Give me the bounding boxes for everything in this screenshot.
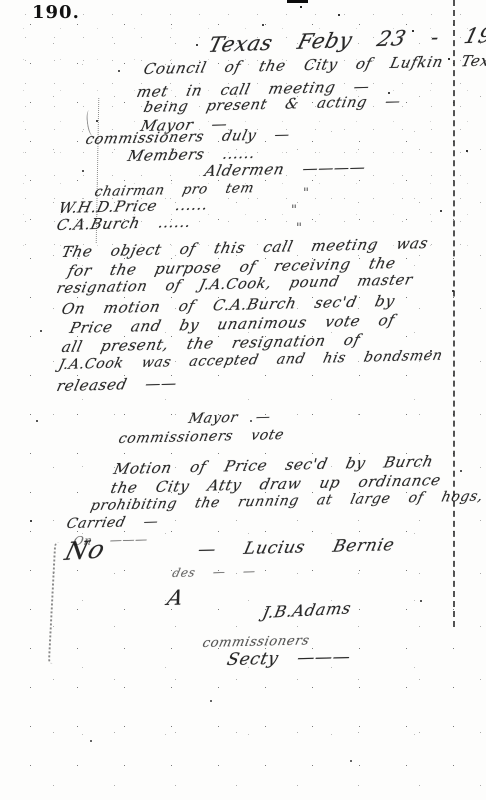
council-line: Council of the City of Lufkin Texas	[142, 51, 486, 78]
secty-line: Secty ———	[225, 647, 353, 670]
aldermen-label: Aldermen ————	[203, 158, 368, 180]
ditto-mark: "	[291, 203, 297, 218]
commissioners-vote-line: commissioners vote	[117, 427, 286, 447]
mayor-label-2: Mayor —	[187, 409, 272, 427]
scan-artifact-top-mark	[287, 0, 308, 3]
name-flourish-line: — Lucius Bernie	[196, 535, 396, 560]
scan-speckles	[0, 0, 2, 2]
flourish-a: A	[165, 586, 186, 610]
ditto-mark: "	[296, 221, 302, 236]
carried-line: Carried —	[65, 514, 160, 532]
des-mark: des — —	[171, 564, 257, 580]
margin-rule-right	[453, 0, 455, 627]
margin-rule-left-lower	[48, 542, 64, 664]
document-page: 190. Texas Feby 23 - 1906 Council of the…	[0, 0, 486, 800]
body-line-8: released ——	[55, 374, 179, 395]
burch-name-line: C.A.Burch ......	[55, 213, 193, 234]
page-number: 190.	[32, 2, 80, 23]
no-word: No	[62, 534, 108, 566]
ditto-mark: "	[303, 186, 309, 201]
secretary-signature: J.B.Adams	[261, 598, 353, 622]
